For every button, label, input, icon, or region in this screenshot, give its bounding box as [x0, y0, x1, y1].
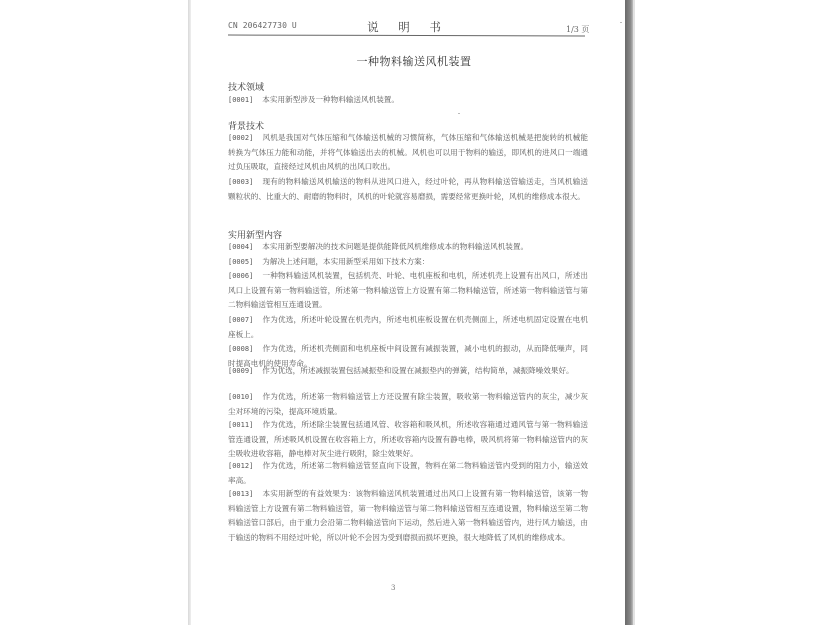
- paragraph: [0003]现有的物料输送风机输送的物料从进风口进入，经过叶轮，再从物料输送管输…: [228, 175, 588, 204]
- scan-binding-shadow: [625, 0, 633, 625]
- paragraph-number: [0003]: [228, 178, 253, 186]
- paragraph: [0007]作为优选，所述叶轮设置在机壳内，所述电机座板设置在机壳侧面上，所述电…: [228, 313, 588, 342]
- paragraph: [0001]本实用新型涉及一种物料输送风机装置。: [228, 93, 588, 108]
- paragraph-text: 本实用新型的有益效果为：该物料输送风机装置通过出风口上设置有第一物料输送管，该第…: [228, 489, 588, 542]
- paragraph-number: [0008]: [228, 345, 253, 353]
- paragraph: [0011]作为优选，所述除尘装置包括通风管、收容箱和吸风机，所述收容箱通过通风…: [228, 418, 588, 462]
- paragraph-text: 作为优选，所述第一物料输送管上方还设置有除尘装置，吸收第一物料输送管内的灰尘，减…: [228, 392, 588, 416]
- paragraph-number: [0012]: [228, 462, 253, 470]
- scan-speck: [458, 113, 460, 114]
- page-number: 3: [391, 584, 395, 592]
- paragraph-text: 为解决上述问题，本实用新型采用如下技术方案：: [262, 257, 429, 266]
- paragraph-text: 作为优选，所述除尘装置包括通风管、收容箱和吸风机，所述收容箱通过通风管与第一物料…: [228, 420, 588, 458]
- scan-binding-edge: [633, 0, 635, 625]
- paragraph-text: 作为优选，所述减振装置包括减振垫和设置在减振垫内的弹簧，结构简单，减振降噪效果好…: [262, 366, 573, 375]
- paragraph-text: 一种物料输送风机装置，包括机壳、叶轮、电机座板和电机，所述机壳上设置有出风口，所…: [228, 271, 588, 309]
- scan-left-edge: [188, 0, 191, 625]
- paragraph: [0006]一种物料输送风机装置，包括机壳、叶轮、电机座板和电机，所述机壳上设置…: [228, 269, 588, 313]
- section-heading-technical-field: 技术领域: [228, 80, 264, 93]
- paragraph-number: [0007]: [228, 316, 253, 324]
- paragraph: [0002]风机是我国对气体压缩和气体输送机械的习惯简称，气体压缩和气体输送机械…: [228, 131, 588, 175]
- paragraph: [0004]本实用新型要解决的技术问题是提供能降低风机维修成本的物料输送风机装置…: [228, 240, 588, 255]
- paragraph-number: [0010]: [228, 393, 253, 401]
- paragraph-text: 现有的物料输送风机输送的物料从进风口进入，经过叶轮，再从物料输送管输送走，当风机…: [228, 177, 588, 201]
- paragraph-text: 本实用新型要解决的技术问题是提供能降低风机维修成本的物料输送风机装置。: [262, 242, 528, 251]
- paragraph-number: [0005]: [228, 258, 253, 266]
- document-page: CN 206427730 U 说 明 书 1/3 页 一种物料输送风机装置 技术…: [228, 0, 600, 625]
- paragraph-number: [0001]: [228, 96, 253, 104]
- paragraph-number: [0002]: [228, 134, 253, 142]
- paragraph-text: 作为优选，所述叶轮设置在机壳内，所述电机座板设置在机壳侧面上，所述电机固定设置在…: [228, 315, 588, 339]
- paragraph-text: 风机是我国对气体压缩和气体输送机械的习惯简称，气体压缩和气体输送机械是把旋转的机…: [228, 133, 588, 171]
- paragraph-number: [0009]: [228, 367, 253, 375]
- paragraph-text: 本实用新型涉及一种物料输送风机装置。: [262, 95, 399, 104]
- paragraph-number: [0011]: [228, 421, 253, 429]
- document-title: 一种物料输送风机装置: [228, 53, 600, 69]
- paragraph-number: [0004]: [228, 243, 253, 251]
- paragraph: [0009]作为优选，所述减振装置包括减振垫和设置在减振垫内的弹簧，结构简单，减…: [228, 364, 588, 379]
- document-type-heading: 说 明 书: [358, 19, 458, 35]
- scan-speck: [620, 22, 622, 23]
- paragraph: [0005]为解决上述问题，本实用新型采用如下技术方案：: [228, 255, 588, 270]
- paragraph-text: 作为优选，所述第二物料输送管竖直向下设置，物料在第二物料输送管内受到的阻力小，输…: [228, 461, 588, 485]
- paragraph: [0010]作为优选，所述第一物料输送管上方还设置有除尘装置，吸收第一物料输送管…: [228, 390, 588, 419]
- page-indicator: 1/3 页: [566, 24, 589, 35]
- paragraph-number: [0013]: [228, 490, 253, 498]
- patent-number: CN 206427730 U: [228, 21, 297, 30]
- paragraph: [0013]本实用新型的有益效果为：该物料输送风机装置通过出风口上设置有第一物料…: [228, 487, 588, 545]
- paragraph-number: [0006]: [228, 272, 253, 280]
- header-rule: [228, 35, 585, 37]
- paragraph: [0012]作为优选，所述第二物料输送管竖直向下设置，物料在第二物料输送管内受到…: [228, 459, 588, 488]
